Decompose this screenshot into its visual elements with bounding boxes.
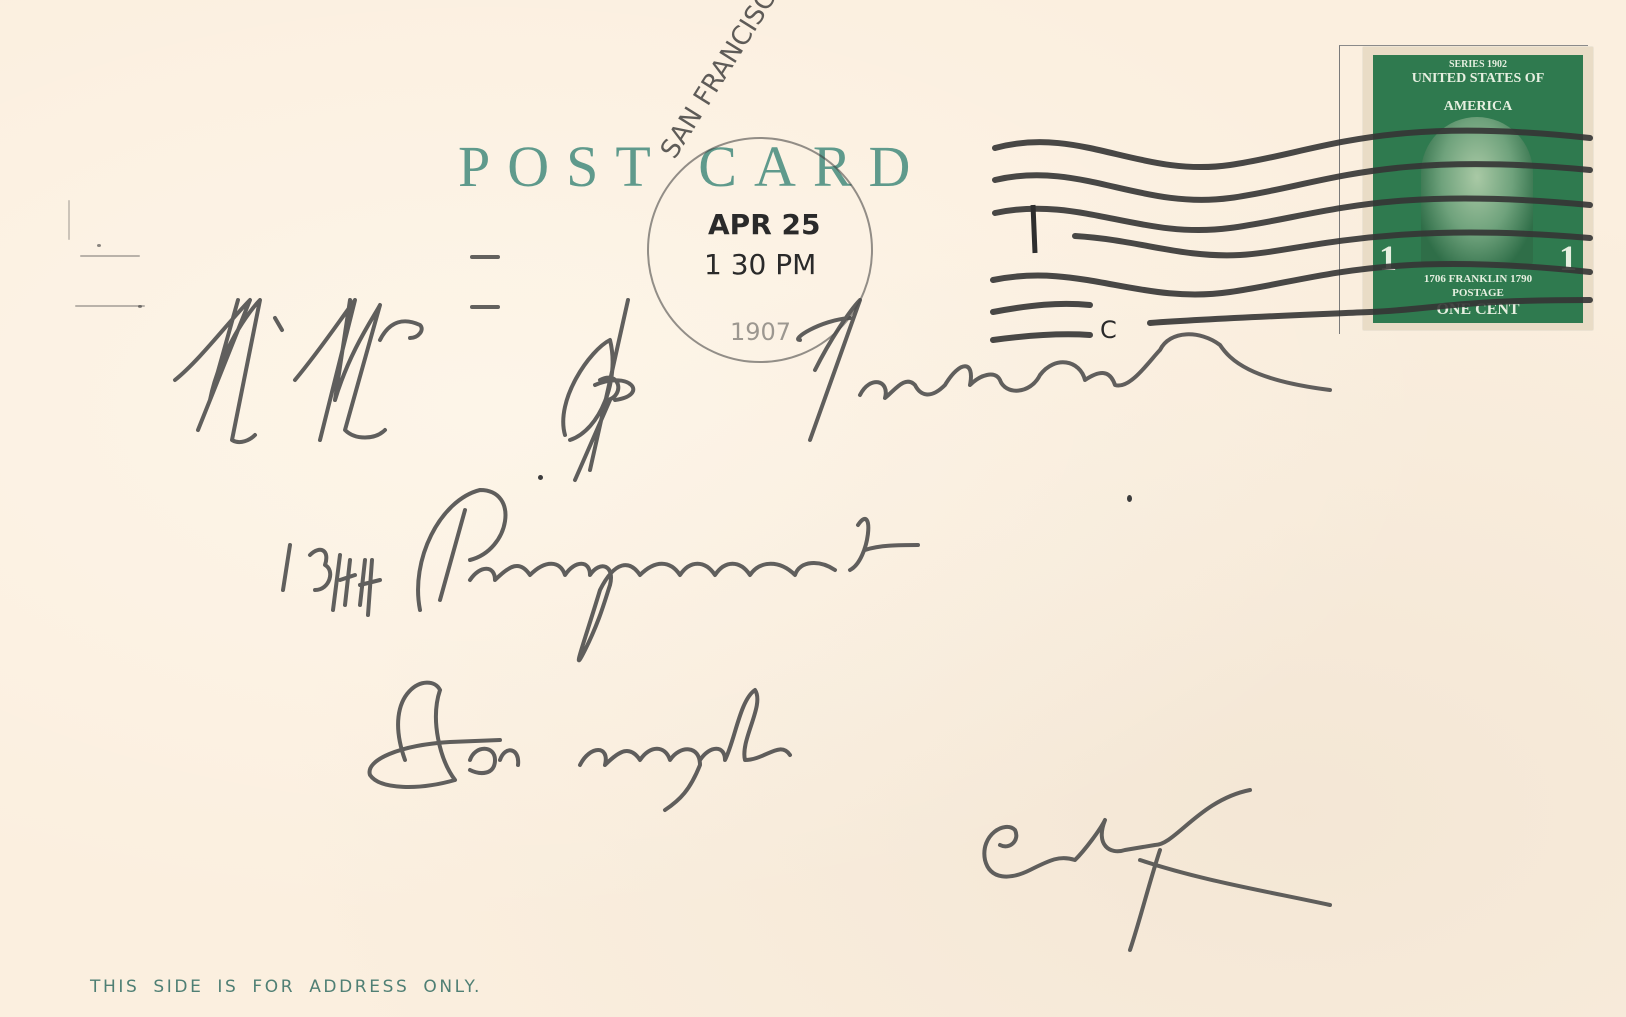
address-line-1: Mr Mrs Alph. Vandendale	[180, 330, 700, 376]
address-line-4: Calif	[980, 840, 1075, 886]
address-only-notice: THIS SIDE IS FOR ADDRESS ONLY.	[90, 977, 482, 997]
handwriting-vandendale	[798, 300, 860, 440]
address-line-3: Los angeles	[370, 720, 610, 766]
handwritten-address-ink	[0, 0, 1626, 1017]
handwriting-alph	[563, 300, 633, 480]
postcard-back: POST CARD SERIES 1902 UNITED STATES OF A…	[0, 0, 1626, 1017]
address-line-2: 1344 Pennsylvania St	[280, 540, 716, 586]
